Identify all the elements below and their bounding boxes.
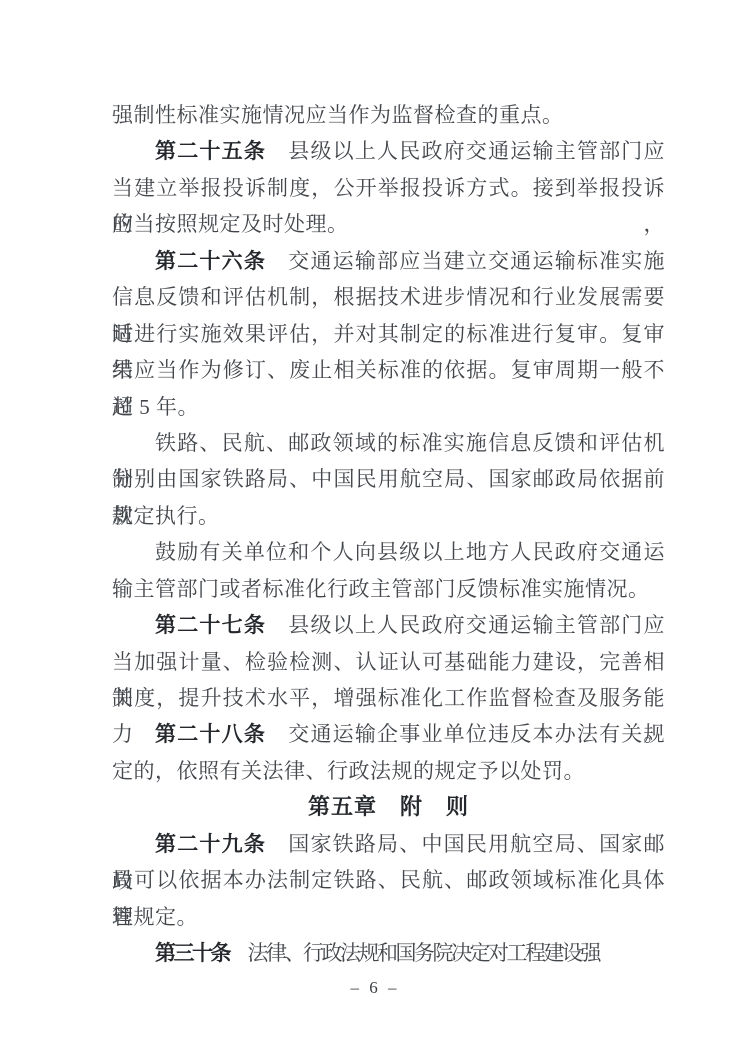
text-segment: 交通运输部应当建立交通运输标准实施 (266, 249, 665, 273)
text-segment: 县级以上人民政府交通运输主管部门应 (266, 139, 665, 163)
text-line: 第二十七条 县级以上人民政府交通运输主管部门应 (112, 607, 665, 643)
text-segment: 县级以上人民政府交通运输主管部门应 (266, 613, 665, 637)
text-line: 第二十六条 交通运输部应当建立交通运输标准实施 (112, 243, 665, 279)
text-segment: 交通运输企事业单位违反本办法有关规 (266, 722, 665, 746)
text-segment: 定的，依照有关法律、行政法规的规定予以处罚。 (112, 759, 585, 783)
text-segment: 法律、行政法规和国务院决定对工程建设强 (229, 941, 599, 965)
text-segment: 强制性标准实施情况应当作为监督检查的重点。 (112, 103, 564, 127)
text-block: 强制性标准实施情况应当作为监督检查的重点。第二十五条 县级以上人民政府交通运输主… (112, 97, 665, 972)
text-line: 铁路、民航、邮政领域的标准实施信息反馈和评估机制 (112, 425, 665, 461)
text-line: 局可以依据本办法制定铁路、民航、邮政领域标准化具体管 (112, 862, 665, 898)
text-line: 信息反馈和评估机制，根据技术进步情况和行业发展需要适 (112, 279, 665, 315)
text-line: 当加强计量、检验检测、认证认可基础能力建设，完善相关 (112, 644, 665, 680)
text-line: 分别由国家铁路局、中国民用航空局、国家邮政局依据前款 (112, 461, 665, 497)
text-line: 第二十八条 交通运输企事业单位违反本办法有关规 (112, 716, 665, 752)
document-page: 强制性标准实施情况应当作为监督检查的重点。第二十五条 县级以上人民政府交通运输主… (0, 0, 750, 1060)
text-line: 定的，依照有关法律、行政法规的规定予以处罚。 (112, 753, 665, 789)
text-segment: 理规定。 (112, 905, 198, 929)
text-segment: 鼓励有关单位和个人向县级以上地方人民政府交通运 (155, 540, 665, 564)
text-line: 制度，提升技术水平，增强标准化工作监督检查及服务能力。 (112, 680, 665, 716)
text-line: 果应当作为修订、废止相关标准的依据。复审周期一般不超 (112, 352, 665, 388)
text-segment: 输主管部门或者标准化行政主管部门反馈标准实施情况。 (112, 577, 650, 601)
text-line: 第二十九条 国家铁路局、中国民用航空局、国家邮政 (112, 826, 665, 862)
article-number: 第五章 附 则 (308, 794, 469, 819)
article-number: 第二十九条 (155, 833, 266, 856)
text-line: 规定执行。 (112, 498, 665, 534)
article-number: 第二十五条 (155, 140, 266, 163)
text-line: 当建立举报投诉制度，公开举报投诉方式。接到举报投诉的， (112, 170, 665, 206)
article-number: 第二十八条 (155, 723, 266, 746)
article-number: 第二十六条 (155, 250, 266, 273)
text-line: 输主管部门或者标准化行政主管部门反馈标准实施情况。 (112, 571, 665, 607)
text-line: 时进行实施效果评估，并对其制定的标准进行复审。复审结 (112, 316, 665, 352)
text-segment: 过 5 年。 (112, 395, 199, 419)
page-number: – 6 – (0, 978, 750, 998)
text-line: 鼓励有关单位和个人向县级以上地方人民政府交通运 (112, 534, 665, 570)
text-segment: 应当按照规定及时处理。 (112, 212, 349, 236)
chapter-heading: 第五章 附 则 (112, 789, 665, 825)
text-line: 强制性标准实施情况应当作为监督检查的重点。 (112, 97, 665, 133)
text-segment: 规定执行。 (112, 504, 220, 528)
text-line: 第三十条 法律、行政法规和国务院决定对工程建设强 (112, 935, 665, 971)
article-number: 第二十七条 (155, 614, 266, 637)
text-line: 过 5 年。 (112, 389, 665, 425)
text-line: 第二十五条 县级以上人民政府交通运输主管部门应 (112, 133, 665, 169)
text-line: 理规定。 (112, 899, 665, 935)
article-number: 第三十条 (155, 942, 229, 965)
